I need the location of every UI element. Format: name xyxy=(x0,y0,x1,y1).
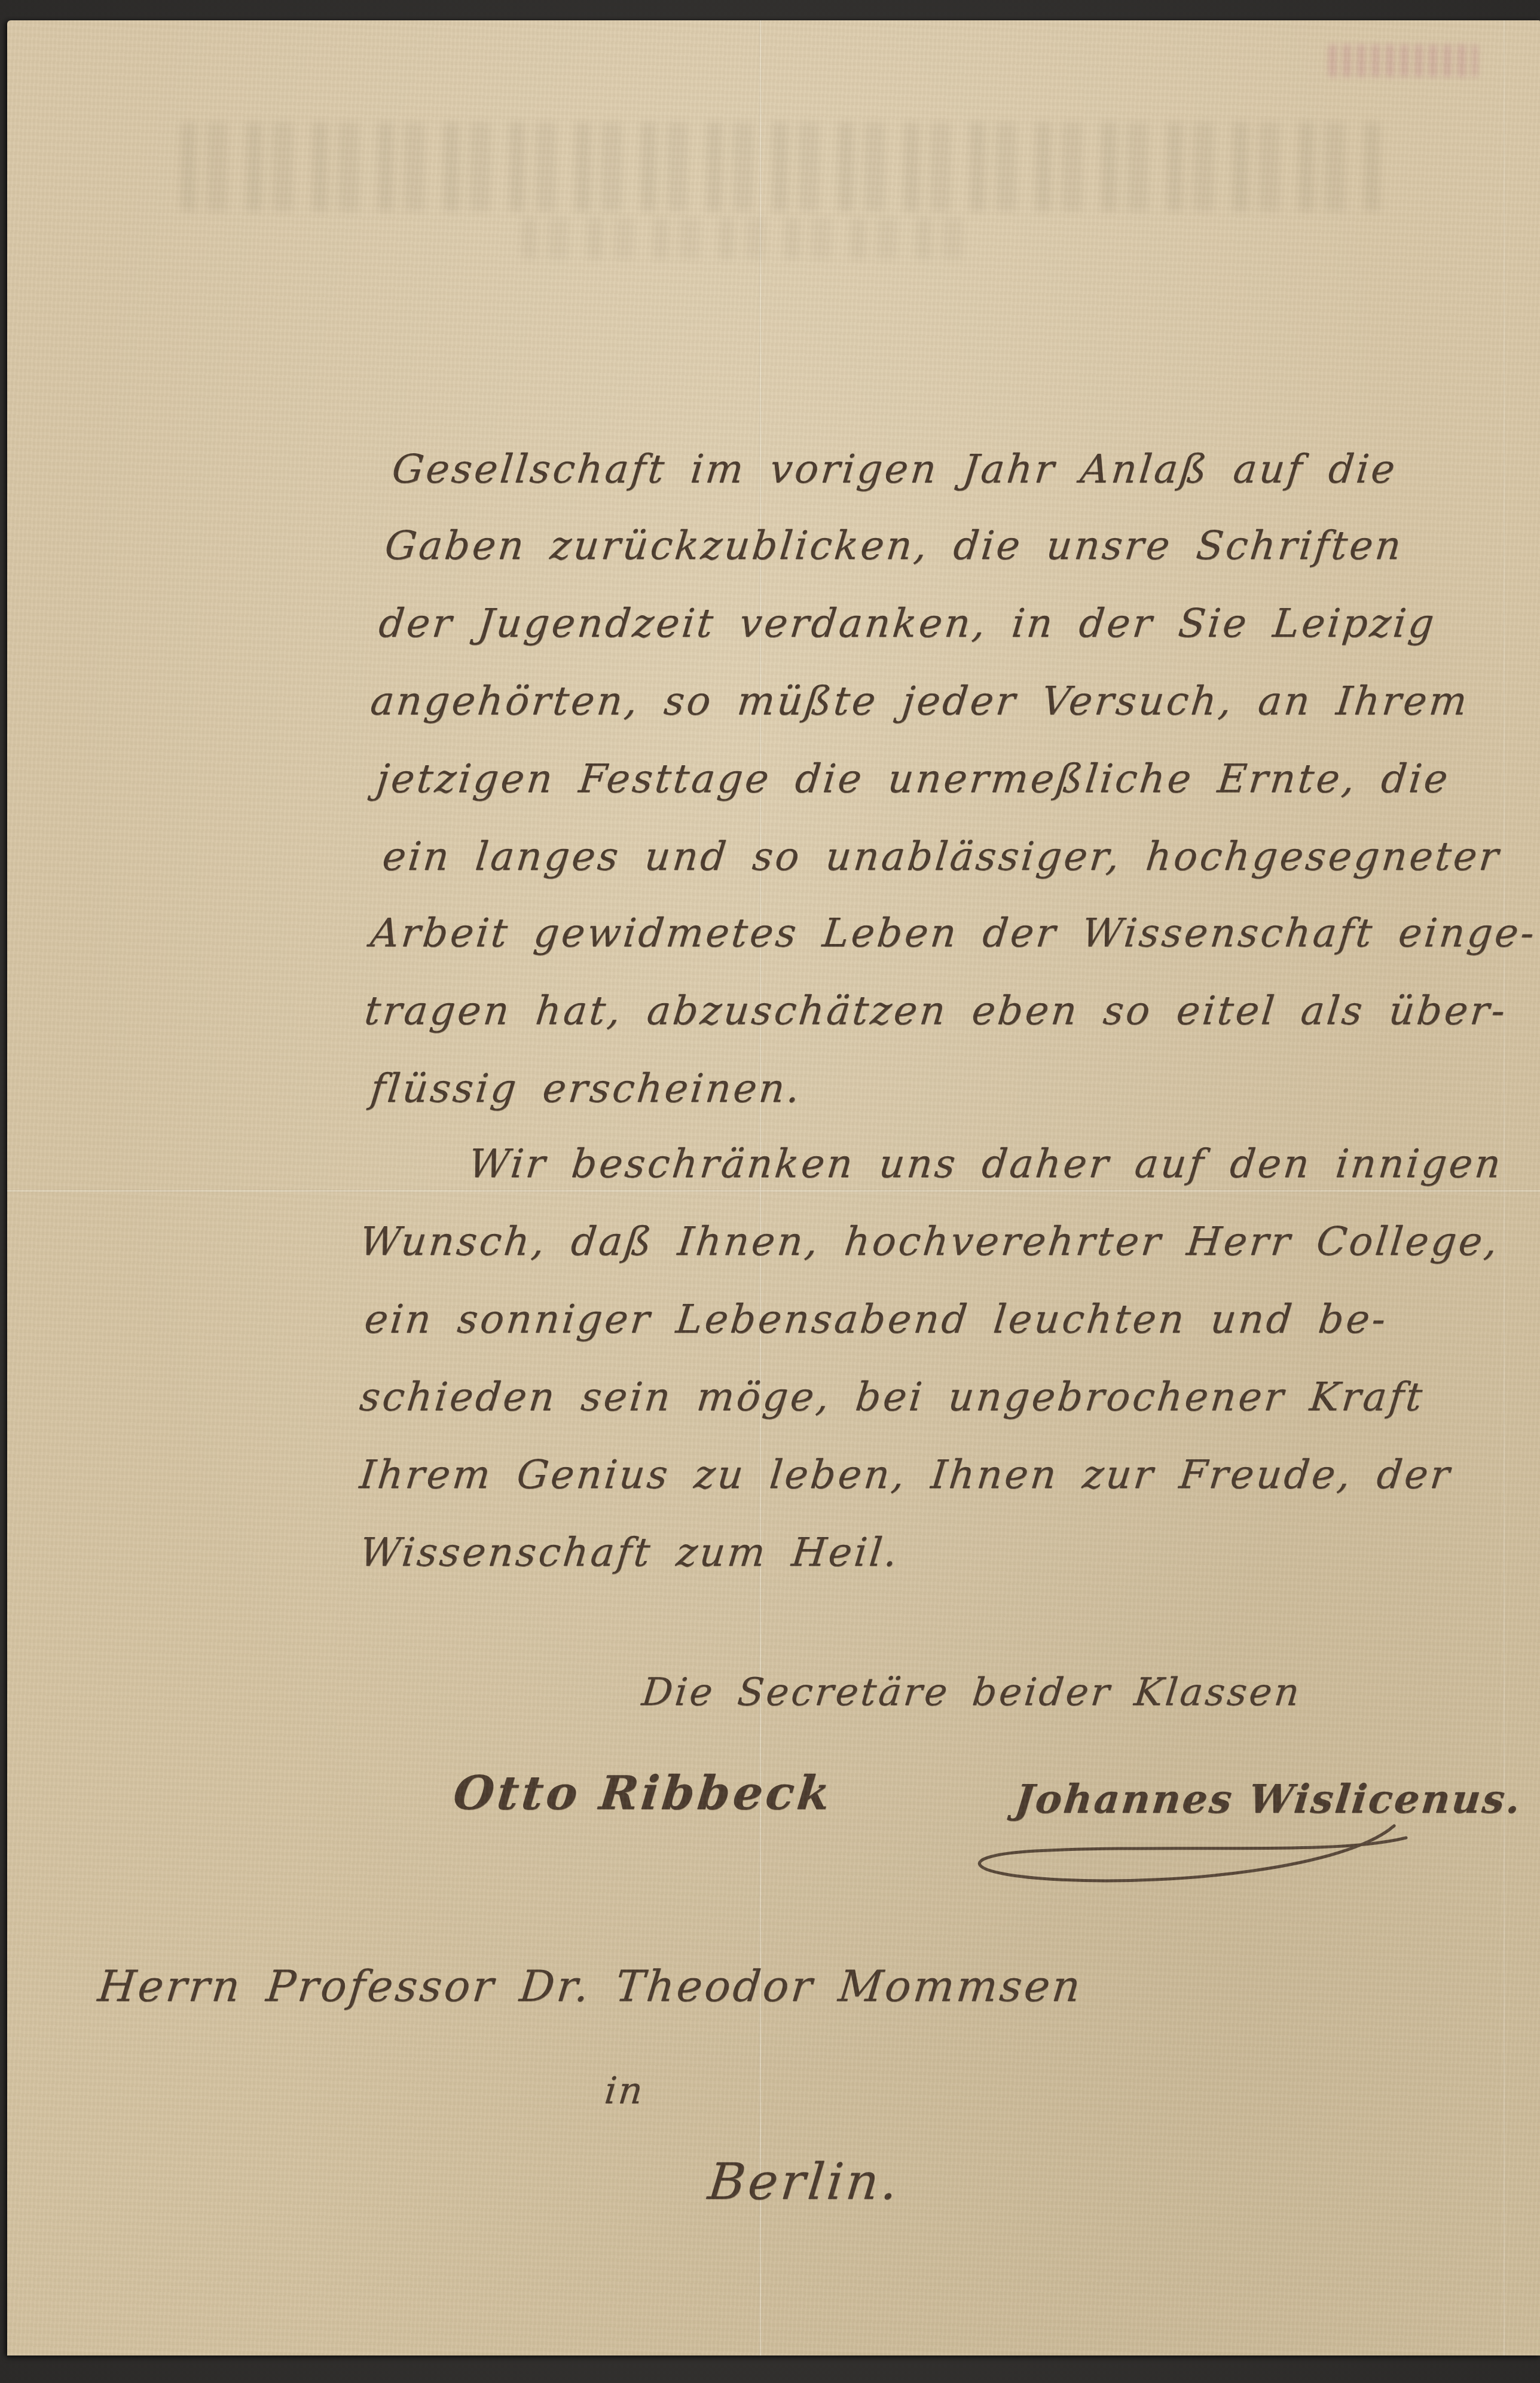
signature-flourish xyxy=(928,1814,1418,1898)
handwriting-line: ein langes und so unablässiger, hochgese… xyxy=(380,833,1503,879)
handwriting-line: Wunsch, daß Ihnen, hochverehrter Herr Co… xyxy=(357,1218,1502,1264)
handwriting-line: Gesellschaft im vorigen Jahr Anlaß auf d… xyxy=(390,446,1400,492)
letterhead-bleedthrough xyxy=(181,122,1382,212)
handwriting-line: jetzigen Festtage die unermeßliche Ernte… xyxy=(374,756,1452,802)
handwriting-line: angehörten, so müßte jeder Versuch, an I… xyxy=(368,678,1471,724)
letterhead-bleedthrough-secondary xyxy=(521,218,976,259)
recipient-preposition: in xyxy=(603,2069,646,2112)
closing-role-line: Die Secretäre beider Klassen xyxy=(640,1670,1304,1715)
scan-background: Gesellschaft im vorigen Jahr Anlaß auf d… xyxy=(0,0,1540,2383)
handwriting-line: ein sonniger Lebensabend leuchten und be… xyxy=(362,1296,1390,1342)
handwriting-line: schieden sein möge, bei ungebrochener Kr… xyxy=(357,1374,1427,1420)
horizontal-fold xyxy=(7,1190,1540,1192)
handwriting-line: flüssig erscheinen. xyxy=(368,1065,804,1111)
signature-otto-ribbeck: Otto Ribbeck xyxy=(451,1766,835,1820)
handwriting-line: Ihrem Genius zu leben, Ihnen zur Freude,… xyxy=(357,1452,1454,1498)
stamp-bleedthrough xyxy=(1328,44,1478,77)
right-edge-crease xyxy=(1503,20,1505,2355)
handwriting-line: Wissenschaft zum Heil. xyxy=(357,1529,902,1575)
signature-johannes-wislicenus: Johannes Wislicenus. xyxy=(1013,1776,1524,1822)
handwriting-line: Arbeit gewidmetes Leben der Wissenschaft… xyxy=(368,910,1539,956)
handwriting-line: tragen hat, abzuschätzen eben so eitel a… xyxy=(362,988,1510,1034)
recipient-city: Berlin. xyxy=(705,2152,903,2211)
recipient-line: Herrn Professor Dr. Theodor Mommsen xyxy=(96,1961,1085,2011)
handwriting-line: Gaben zurückzublicken, die unsre Schrift… xyxy=(383,523,1405,569)
letter-page: Gesellschaft im vorigen Jahr Anlaß auf d… xyxy=(7,20,1540,2355)
handwriting-line: der Jugendzeit verdanken, in der Sie Lei… xyxy=(377,600,1438,646)
handwriting-line: Wir beschränken uns daher auf den innige… xyxy=(466,1141,1505,1187)
